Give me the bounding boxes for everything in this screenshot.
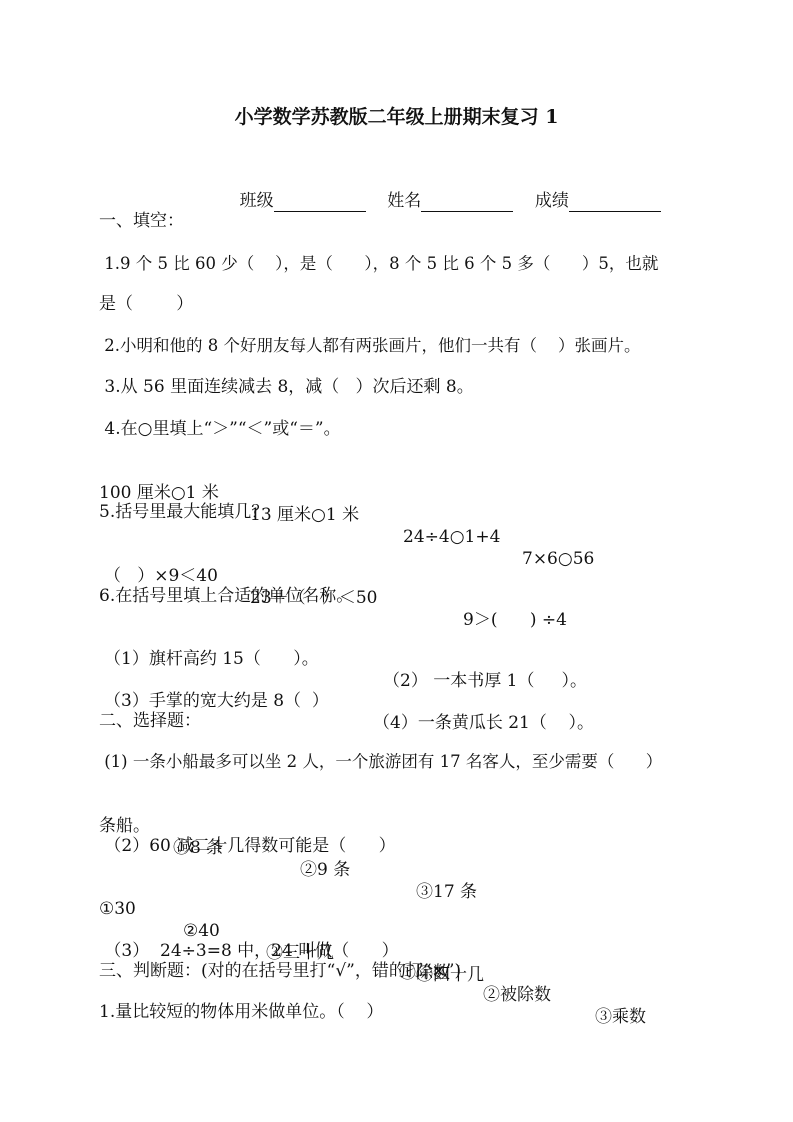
name-label: 姓名 <box>387 191 421 211</box>
choice-question-1-suffix: 条船。 <box>99 815 150 837</box>
option-item[interactable]: ③乘数 <box>595 1006 646 1028</box>
fill-question-1-line-2: 是（ ） <box>99 293 193 315</box>
choice-question-1-line-1: (1) 一条小船最多可以坐 2 人，一个旅游团有 17 名客人，至少需要（ ） <box>99 751 662 773</box>
inequality-item: （ ）×9＜40 <box>104 565 218 587</box>
fill-question-1-line-1: 1.9 个 5 比 60 少（ ），是（ ），8 个 5 比 6 个 5 多（ … <box>99 253 658 275</box>
section-fill-blank-heading: 一、填空： <box>99 210 184 232</box>
name-blank[interactable] <box>421 193 513 212</box>
section-judge-heading: 三、判断题：(对的在括号里打“√”，错的打“×”) <box>99 960 461 982</box>
fill-question-2: 2.小明和他的 8 个好朋友每人都有两张画片，他们一共有（ ）张画片。 <box>99 335 640 357</box>
score-label: 成绩 <box>535 191 569 211</box>
unit-item: （4）一条黄瓜长 21（ ）。 <box>373 712 594 734</box>
class-label: 班级 <box>240 191 274 211</box>
unit-item: （1）旗杆高约 15（ ）。 <box>104 648 319 670</box>
page-title: 小学数学苏教版二年级上册期末复习 1 <box>0 104 793 130</box>
choice-question-2: （2）60 减二十几得数可能是（ ） <box>99 835 396 857</box>
option-item[interactable]: ①30 <box>99 898 136 920</box>
fill-question-3: 3.从 56 里面连续减去 8，减（ ）次后还剩 8。 <box>99 376 474 398</box>
fill-question-4: 4.在○里填上“＞”“＜”或“＝”。 <box>99 418 341 440</box>
option-item[interactable]: ②被除数 <box>483 984 551 1006</box>
fill-question-5: 5.括号里最大能填几？ <box>99 501 268 523</box>
fill-question-6: 6.在括号里填上合适的单位名称。 <box>99 585 353 607</box>
class-blank[interactable] <box>274 193 366 212</box>
judge-question-1: 1.量比较短的物体用米做单位。（ ） <box>99 1001 383 1023</box>
student-info-row: 班级 姓名 成绩 <box>218 168 661 234</box>
choice-question-3: （3） 24÷3=8 中，24 叫做（ ） ①除数 ②被除数 ③乘数 <box>0 918 793 1050</box>
unit-item: （3）手掌的宽大约是 8（ ） <box>104 690 329 712</box>
section-choice-heading: 二、选择题： <box>99 710 201 732</box>
score-blank[interactable] <box>569 193 661 212</box>
choice-question-3-text: （3） 24÷3=8 中，24 叫做（ ） <box>99 940 399 962</box>
